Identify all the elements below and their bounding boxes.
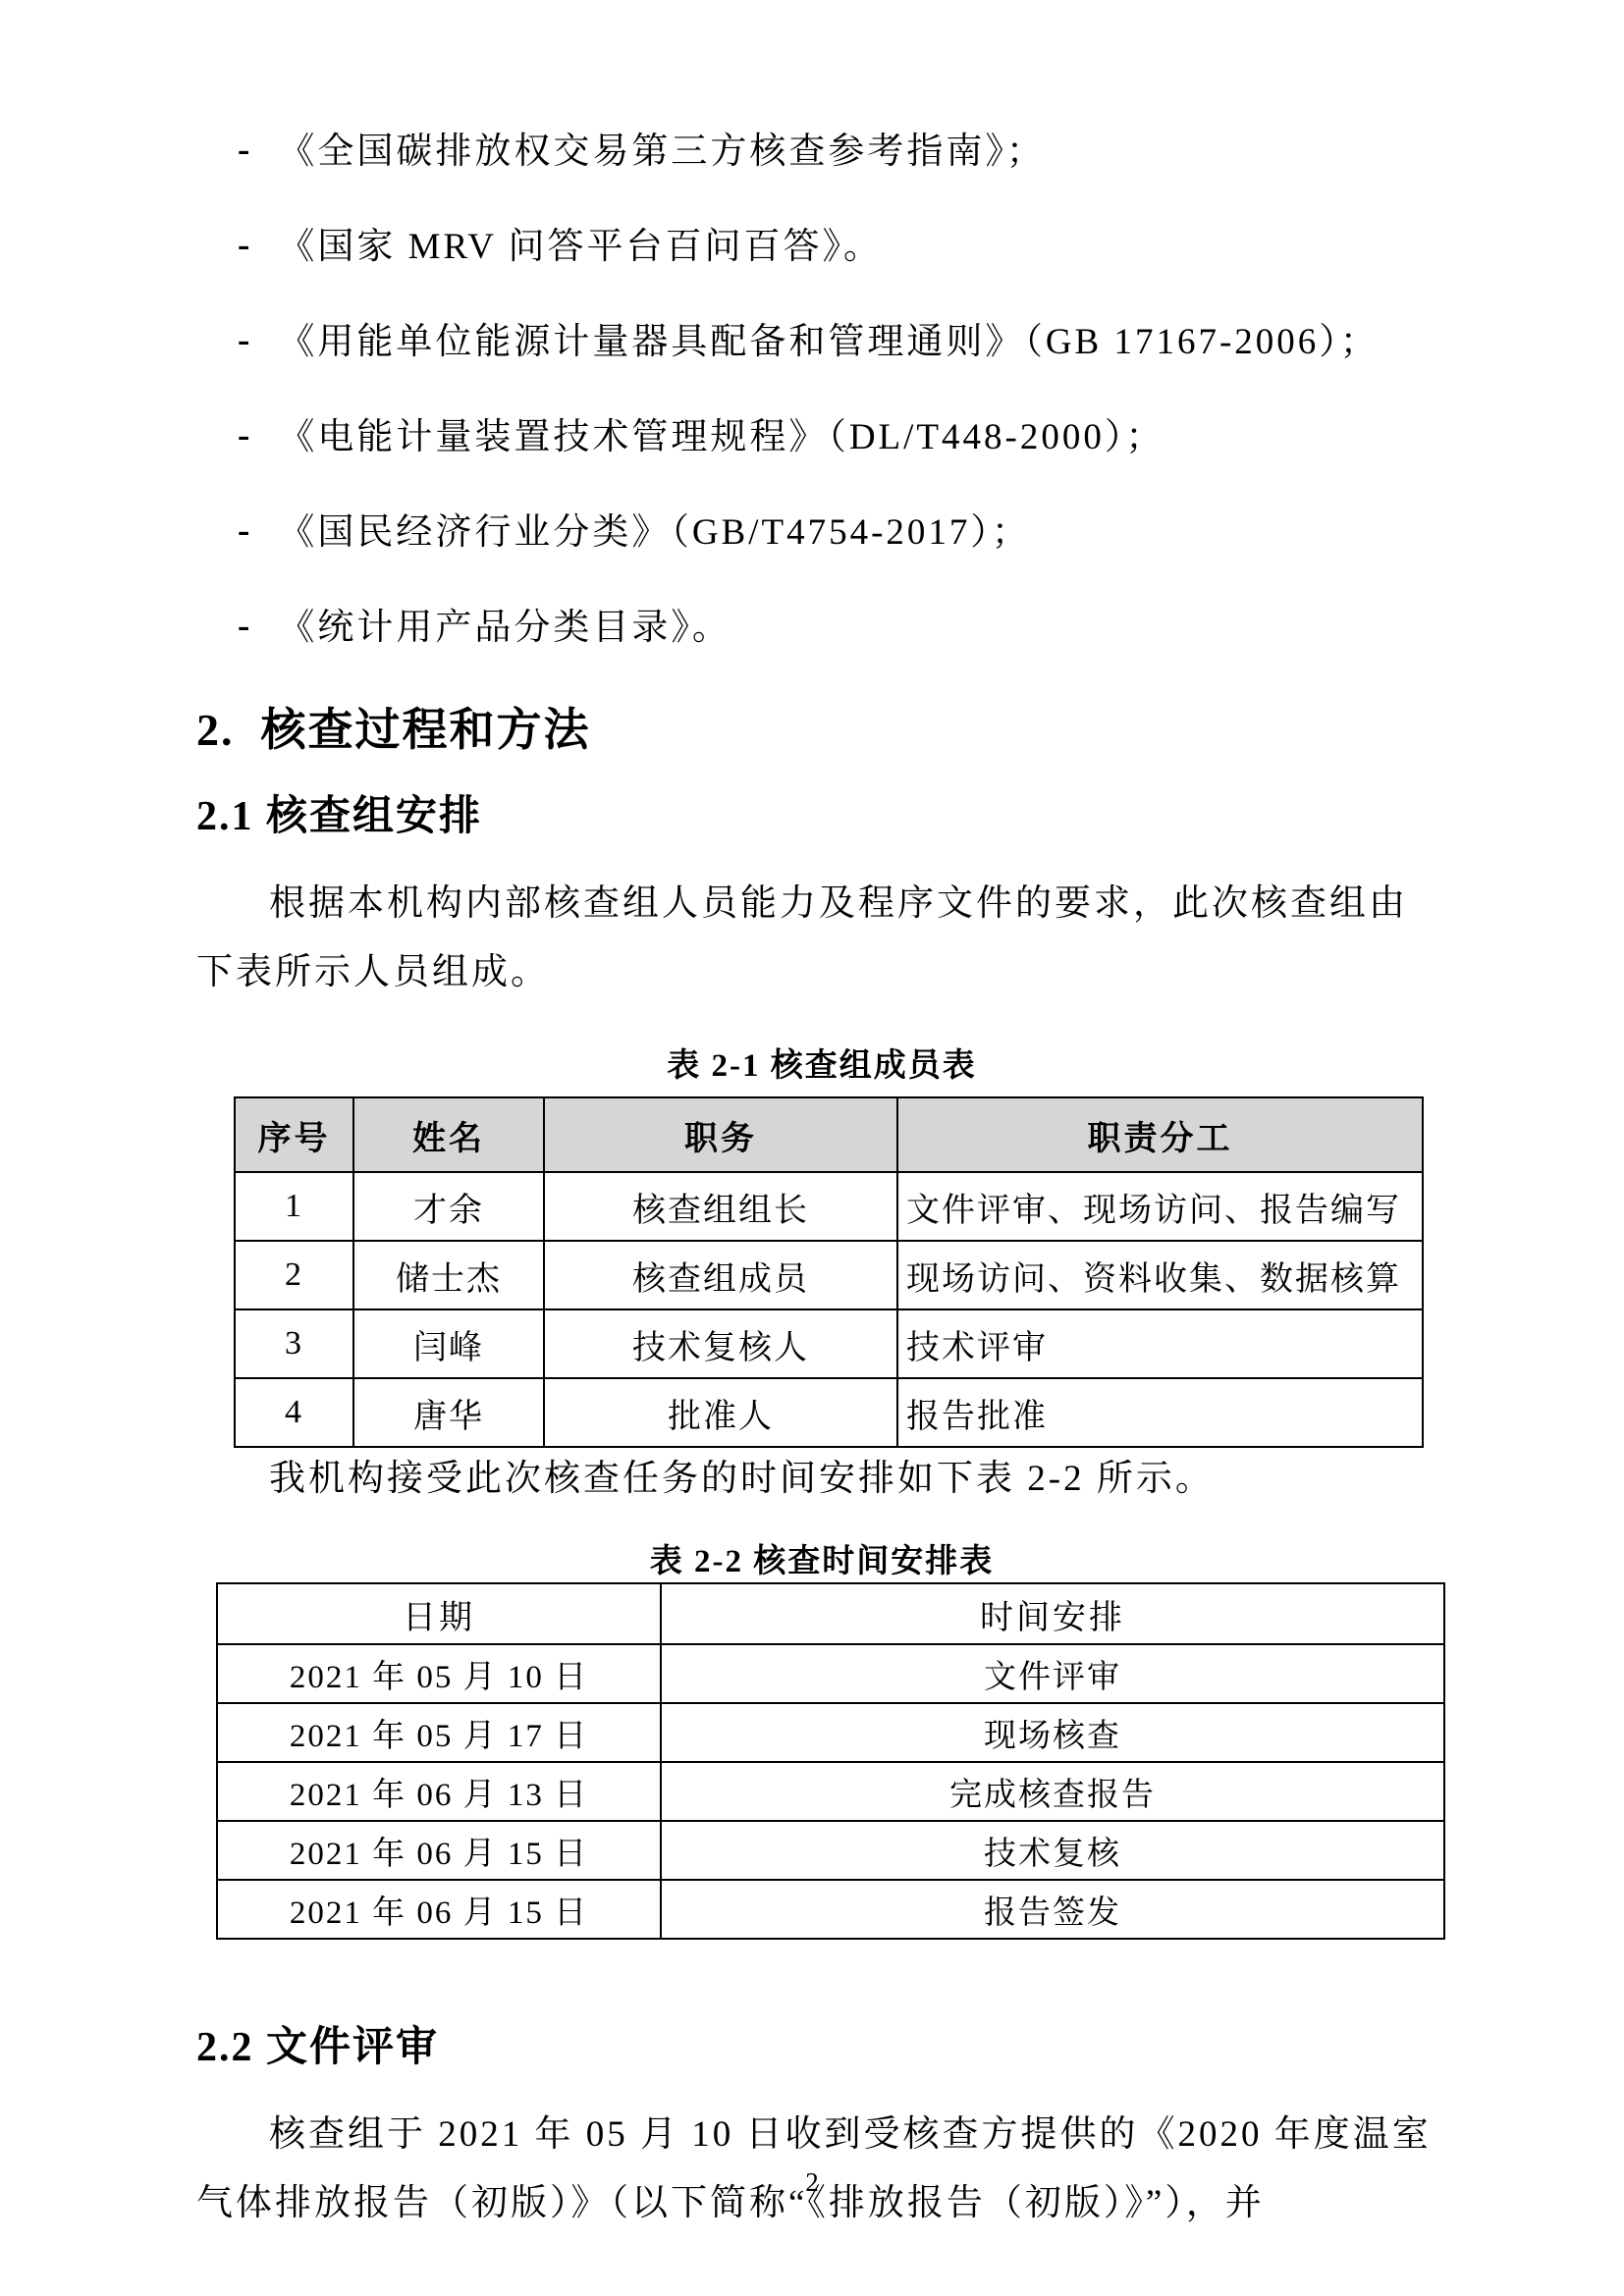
bullet-dash: - [238,602,252,651]
table-cell: 闫峰 [353,1309,544,1378]
list-item-text: 《电能计量装置技术管理规程》（DL/T448-2000）； [278,413,1164,462]
list-item: - 《国家 MRV 问答平台百问百答》。 [238,223,1447,318]
table-cell: 唐华 [353,1378,544,1447]
table-cell: 1 [235,1172,353,1241]
paragraph-line: 根据本机构内部核查组人员能力及程序文件的要求，此次核查组由 [196,870,1447,938]
table-cell: 文件评审 [661,1644,1444,1703]
table-row: 2021 年 05 月 10 日 文件评审 [217,1644,1444,1703]
list-item: - 《用能单位能源计量器具配备和管理通则》（GB 17167-2006）； [238,318,1447,413]
table-cell: 技术评审 [897,1309,1423,1378]
reference-list: - 《全国碳排放权交易第三方核查参考指南》； - 《国家 MRV 问答平台百问百… [238,128,1447,699]
section-2-1-paragraph: 根据本机构内部核查组人员能力及程序文件的要求，此次核查组由下表所示人员组成。 [196,870,1447,1007]
table-2-2-caption: 表 2-2 核查时间安排表 [196,1541,1447,1582]
table-cell: 核查组组长 [544,1172,897,1241]
table-header-cell: 职务 [544,1097,897,1172]
table-header-row: 日期 时间安排 [217,1583,1444,1644]
table-row: 4 唐华 批准人 报告批准 [235,1378,1423,1447]
table-header-row: 序号 姓名 职务 职责分工 [235,1097,1423,1172]
table-cell: 现场核查 [661,1703,1444,1762]
table-row: 2021 年 06 月 13 日 完成核查报告 [217,1762,1444,1821]
table-cell: 报告签发 [661,1880,1444,1939]
table-row: 2021 年 06 月 15 日 技术复核 [217,1821,1444,1880]
section-2-2-heading: 2.2 文件评审 [196,2020,1447,2075]
table-cell: 2021 年 06 月 15 日 [217,1821,661,1880]
list-item-text: 《统计用产品分类目录》。 [278,604,731,653]
list-item-text: 《全国碳排放权交易第三方核查参考指南》； [278,128,1046,177]
table-header-cell: 时间安排 [661,1583,1444,1644]
table-row: 2021 年 06 月 15 日 报告签发 [217,1880,1444,1939]
schedule-table: 日期 时间安排 2021 年 05 月 10 日 文件评审 2021 年 05 … [216,1582,1445,1940]
bullet-dash: - [238,126,252,175]
list-item-text: 《用能单位能源计量器具配备和管理通则》（GB 17167-2006）； [278,318,1379,367]
table-row: 2 储士杰 核查组成员 现场访问、资料收集、数据核算 [235,1241,1423,1309]
section-2-1-heading: 2.1 核查组安排 [196,789,1447,844]
list-item: - 《电能计量装置技术管理规程》（DL/T448-2000）； [238,413,1447,508]
list-item: - 《统计用产品分类目录》。 [238,604,1447,699]
list-item-text: 《国民经济行业分类》（GB/T4754-2017）； [278,508,1031,558]
table-header-cell: 日期 [217,1583,661,1644]
bullet-dash: - [238,411,252,460]
table-cell: 4 [235,1378,353,1447]
table-cell: 2021 年 05 月 10 日 [217,1644,661,1703]
table-row: 3 闫峰 技术复核人 技术评审 [235,1309,1423,1378]
list-item-text: 《国家 MRV 问答平台百问百答》。 [278,223,883,272]
document-page: - 《全国碳排放权交易第三方核查参考指南》； - 《国家 MRV 问答平台百问百… [0,0,1624,2296]
list-item: - 《全国碳排放权交易第三方核查参考指南》； [238,128,1447,223]
section-2-heading: 2. 核查过程和方法 [196,699,1447,762]
table-row: 1 才余 核查组组长 文件评审、现场访问、报告编写 [235,1172,1423,1241]
table-header-cell: 序号 [235,1097,353,1172]
table-cell: 2021 年 06 月 15 日 [217,1880,661,1939]
table-cell: 3 [235,1309,353,1378]
table-cell: 文件评审、现场访问、报告编写 [897,1172,1423,1241]
bullet-dash: - [238,316,252,365]
table-cell: 完成核查报告 [661,1762,1444,1821]
table-header-cell: 职责分工 [897,1097,1423,1172]
table-2-1-caption: 表 2-1 核查组成员表 [196,1043,1447,1089]
paragraph-line: 下表所示人员组成。 [196,938,1447,1007]
section-2-1-paragraph-2: 我机构接受此次核查任务的时间安排如下表 2-2 所示。 [196,1454,1447,1505]
table-row: 2021 年 05 月 17 日 现场核查 [217,1703,1444,1762]
bullet-dash: - [238,221,252,270]
table-cell: 才余 [353,1172,544,1241]
table-cell: 现场访问、资料收集、数据核算 [897,1241,1423,1309]
table-header-cell: 姓名 [353,1097,544,1172]
table-cell: 储士杰 [353,1241,544,1309]
table-cell: 技术复核 [661,1821,1444,1880]
page-number: 2 [0,2167,1624,2198]
table-cell: 批准人 [544,1378,897,1447]
list-item: - 《国民经济行业分类》（GB/T4754-2017）； [238,508,1447,604]
paragraph-line: 核查组于 2021 年 05 月 10 日收到受核查方提供的《2020 年度温室 [196,2101,1447,2169]
bullet-dash: - [238,507,252,556]
table-cell: 2021 年 05 月 17 日 [217,1703,661,1762]
team-table: 序号 姓名 职务 职责分工 1 才余 核查组组长 文件评审、现场访问、报告编写 … [234,1096,1424,1448]
table-cell: 技术复核人 [544,1309,897,1378]
table-cell: 2 [235,1241,353,1309]
table-cell: 2021 年 06 月 13 日 [217,1762,661,1821]
table-cell: 核查组成员 [544,1241,897,1309]
table-cell: 报告批准 [897,1378,1423,1447]
